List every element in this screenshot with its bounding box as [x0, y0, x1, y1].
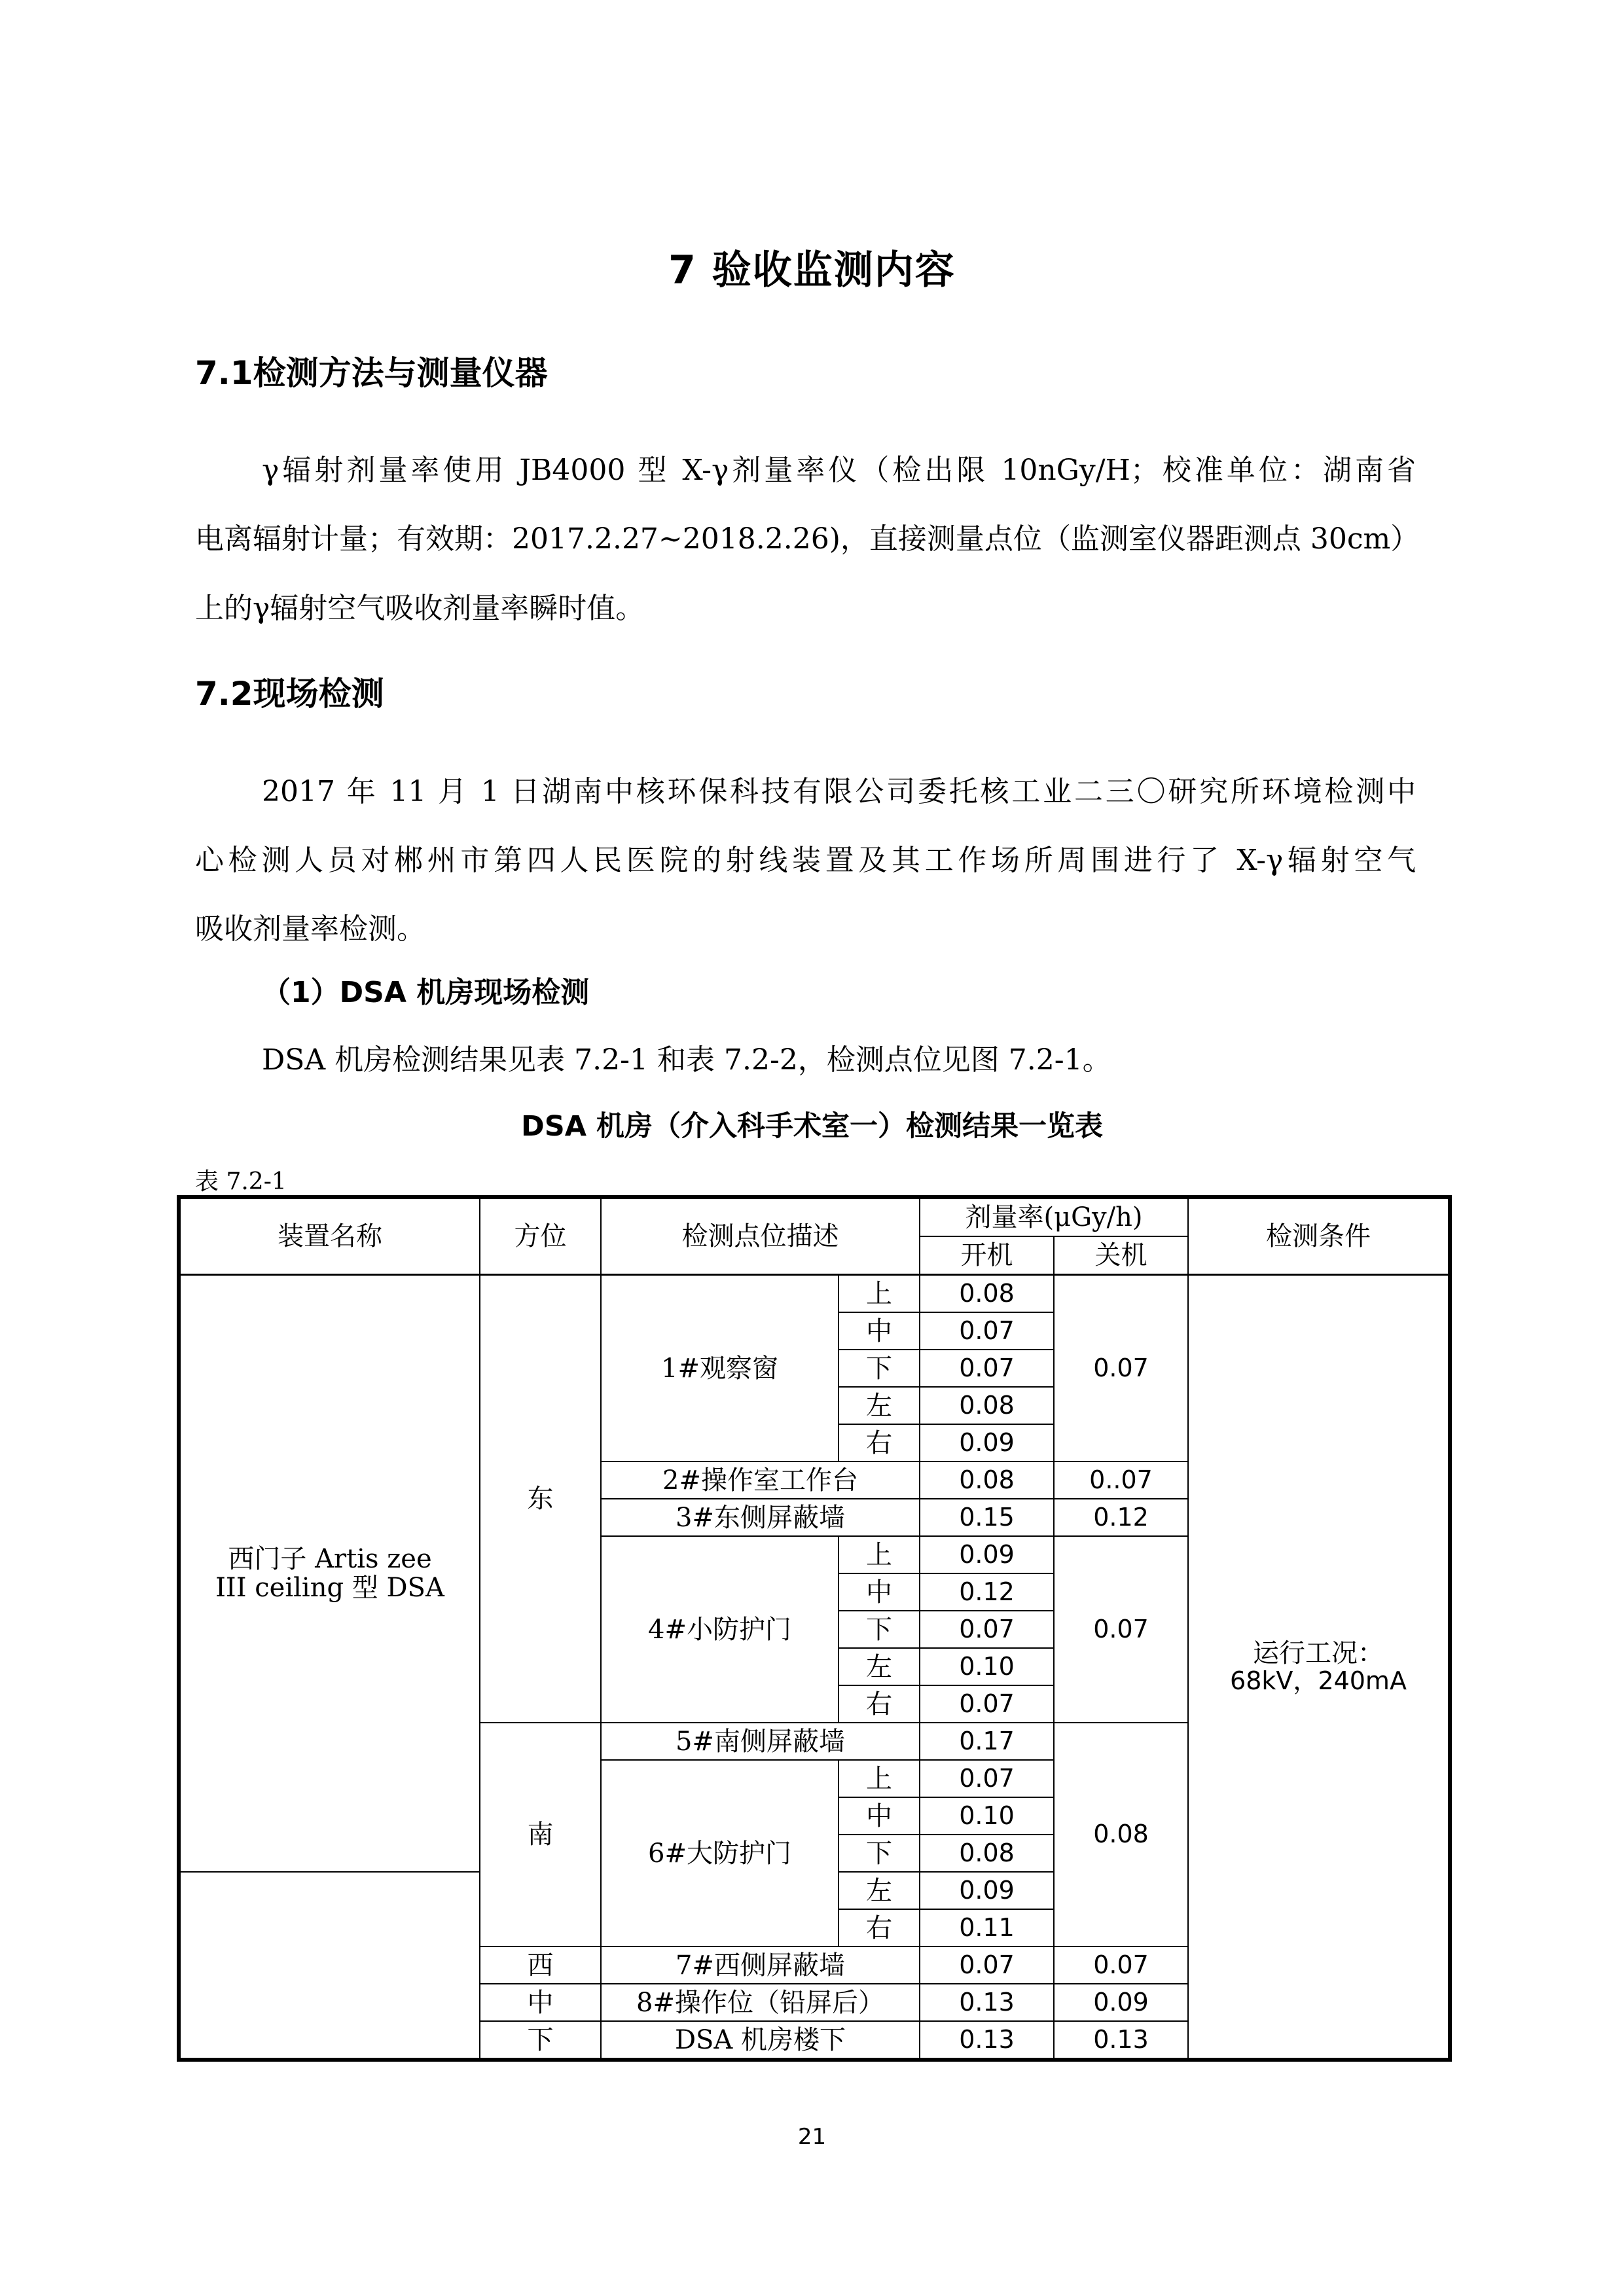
condition-line: 68kV，240mA [1189, 1668, 1448, 1695]
page-number: 21 [0, 2124, 1624, 2150]
device-name-line: III ceiling 型 DSA [181, 1573, 479, 1602]
dose-on: 0.07 [920, 1611, 1054, 1648]
section-7-2-title: 7.2现场检测 [195, 668, 384, 715]
paragraph-line: DSA 机房检测结果见表 7.2-1 和表 7.2-2，检测点位见图 7.2-1… [262, 1036, 1111, 1078]
chapter-title: 7 验收监测内容 [0, 239, 1624, 295]
paragraph-line: 2017 年 11 月 1 日湖南中核环保科技有限公司委托核工业二三〇研究所环境… [262, 768, 1416, 810]
sub-position: 下 [839, 1611, 920, 1648]
sub-position: 中 [839, 1573, 920, 1611]
dose-on: 0.08 [920, 1835, 1054, 1872]
sub-position: 左 [839, 1387, 920, 1424]
dose-off: 0.08 [1054, 1723, 1188, 1946]
header-device: 装置名称 [179, 1197, 480, 1275]
dose-on: 0.11 [920, 1909, 1054, 1946]
dose-off: 0.07 [1054, 1536, 1188, 1723]
section-7-1-title: 7.1检测方法与测量仪器 [195, 347, 548, 394]
sub-position: 右 [839, 1685, 920, 1723]
table-row: 西门子 Artis zee III ceiling 型 DSA 东 1#观察窗 … [179, 1275, 1450, 1313]
dose-on: 0.13 [920, 1984, 1054, 2021]
dose-off: 0.09 [1054, 1984, 1188, 2021]
sub-position: 左 [839, 1872, 920, 1909]
header-condition: 检测条件 [1188, 1197, 1450, 1275]
sub-position: 上 [839, 1536, 920, 1573]
point-cell: 2#操作室工作台 [601, 1462, 920, 1499]
header-point: 检测点位描述 [601, 1197, 920, 1275]
paragraph-line: 吸收剂量率检测。 [195, 905, 425, 947]
dose-off: 0..07 [1054, 1462, 1188, 1499]
device-name-cell-continued [179, 1872, 480, 2060]
dose-on: 0.17 [920, 1723, 1054, 1760]
table-caption: DSA 机房（介入科手术室一）检测结果一览表 [0, 1104, 1624, 1144]
sub-position: 下 [839, 1835, 920, 1872]
direction-cell: 西 [480, 1946, 601, 1984]
table-label: 表 7.2-1 [195, 1163, 287, 1196]
sub-position: 中 [839, 1312, 920, 1350]
sub-heading-dsa: （1）DSA 机房现场检测 [262, 969, 589, 1011]
dose-on: 0.08 [920, 1275, 1054, 1313]
header-dose-rate: 剂量率(μGy/h) [920, 1197, 1188, 1236]
dose-off: 0.07 [1054, 1946, 1188, 1984]
dose-off: 0.12 [1054, 1499, 1188, 1536]
dose-on: 0.07 [920, 1946, 1054, 1984]
dose-on: 0.08 [920, 1387, 1054, 1424]
dose-on: 0.10 [920, 1797, 1054, 1835]
device-name-line: 西门子 Artis zee [181, 1545, 479, 1573]
point-cell: 7#西侧屏蔽墙 [601, 1946, 920, 1984]
sub-position: 右 [839, 1909, 920, 1946]
dose-on: 0.13 [920, 2021, 1054, 2060]
point-cell: 6#大防护门 [601, 1760, 839, 1946]
header-off: 关机 [1054, 1236, 1188, 1275]
condition-line: 运行工况： [1189, 1639, 1448, 1668]
dose-on: 0.10 [920, 1648, 1054, 1685]
point-cell: 3#东侧屏蔽墙 [601, 1499, 920, 1536]
paragraph-line: 电离辐射计量；有效期：2017.2.27~2018.2.26)，直接测量点位（监… [195, 515, 1416, 557]
dose-on: 0.07 [920, 1685, 1054, 1723]
paragraph-line: 上的γ辐射空气吸收剂量率瞬时值。 [195, 584, 644, 626]
dose-on: 0.09 [920, 1872, 1054, 1909]
dose-on: 0.08 [920, 1462, 1054, 1499]
dose-on: 0.07 [920, 1760, 1054, 1797]
dose-on: 0.09 [920, 1424, 1054, 1462]
point-cell: 1#观察窗 [601, 1275, 839, 1462]
dose-off: 0.13 [1054, 2021, 1188, 2060]
dose-on: 0.07 [920, 1350, 1054, 1387]
direction-cell: 南 [480, 1723, 601, 1946]
header-on: 开机 [920, 1236, 1054, 1275]
dose-on: 0.15 [920, 1499, 1054, 1536]
results-table: 装置名称 方位 检测点位描述 剂量率(μGy/h) 检测条件 开机 关机 西门子… [177, 1195, 1452, 2062]
condition-cell: 运行工况： 68kV，240mA [1188, 1275, 1450, 2060]
point-cell: 8#操作位（铅屏后） [601, 1984, 920, 2021]
paragraph-line: γ辐射剂量率使用 JB4000 型 X-γ剂量率仪（检出限 10nGy/H；校准… [262, 446, 1416, 488]
direction-cell: 中 [480, 1984, 601, 2021]
sub-position: 上 [839, 1760, 920, 1797]
dose-off: 0.07 [1054, 1275, 1188, 1462]
device-name-cell: 西门子 Artis zee III ceiling 型 DSA [179, 1275, 480, 1873]
point-cell: DSA 机房楼下 [601, 2021, 920, 2060]
sub-position: 下 [839, 1350, 920, 1387]
sub-position: 上 [839, 1275, 920, 1313]
sub-position: 右 [839, 1424, 920, 1462]
paragraph-line: 心检测人员对郴州市第四人民医院的射线装置及其工作场所周围进行了 X-γ辐射空气 [195, 836, 1416, 878]
direction-cell: 东 [480, 1275, 601, 1723]
dose-on: 0.07 [920, 1312, 1054, 1350]
point-cell: 5#南侧屏蔽墙 [601, 1723, 920, 1760]
dose-on: 0.09 [920, 1536, 1054, 1573]
sub-position: 左 [839, 1648, 920, 1685]
direction-cell: 下 [480, 2021, 601, 2060]
header-direction: 方位 [480, 1197, 601, 1275]
point-cell: 4#小防护门 [601, 1536, 839, 1723]
dose-on: 0.12 [920, 1573, 1054, 1611]
sub-position: 中 [839, 1797, 920, 1835]
